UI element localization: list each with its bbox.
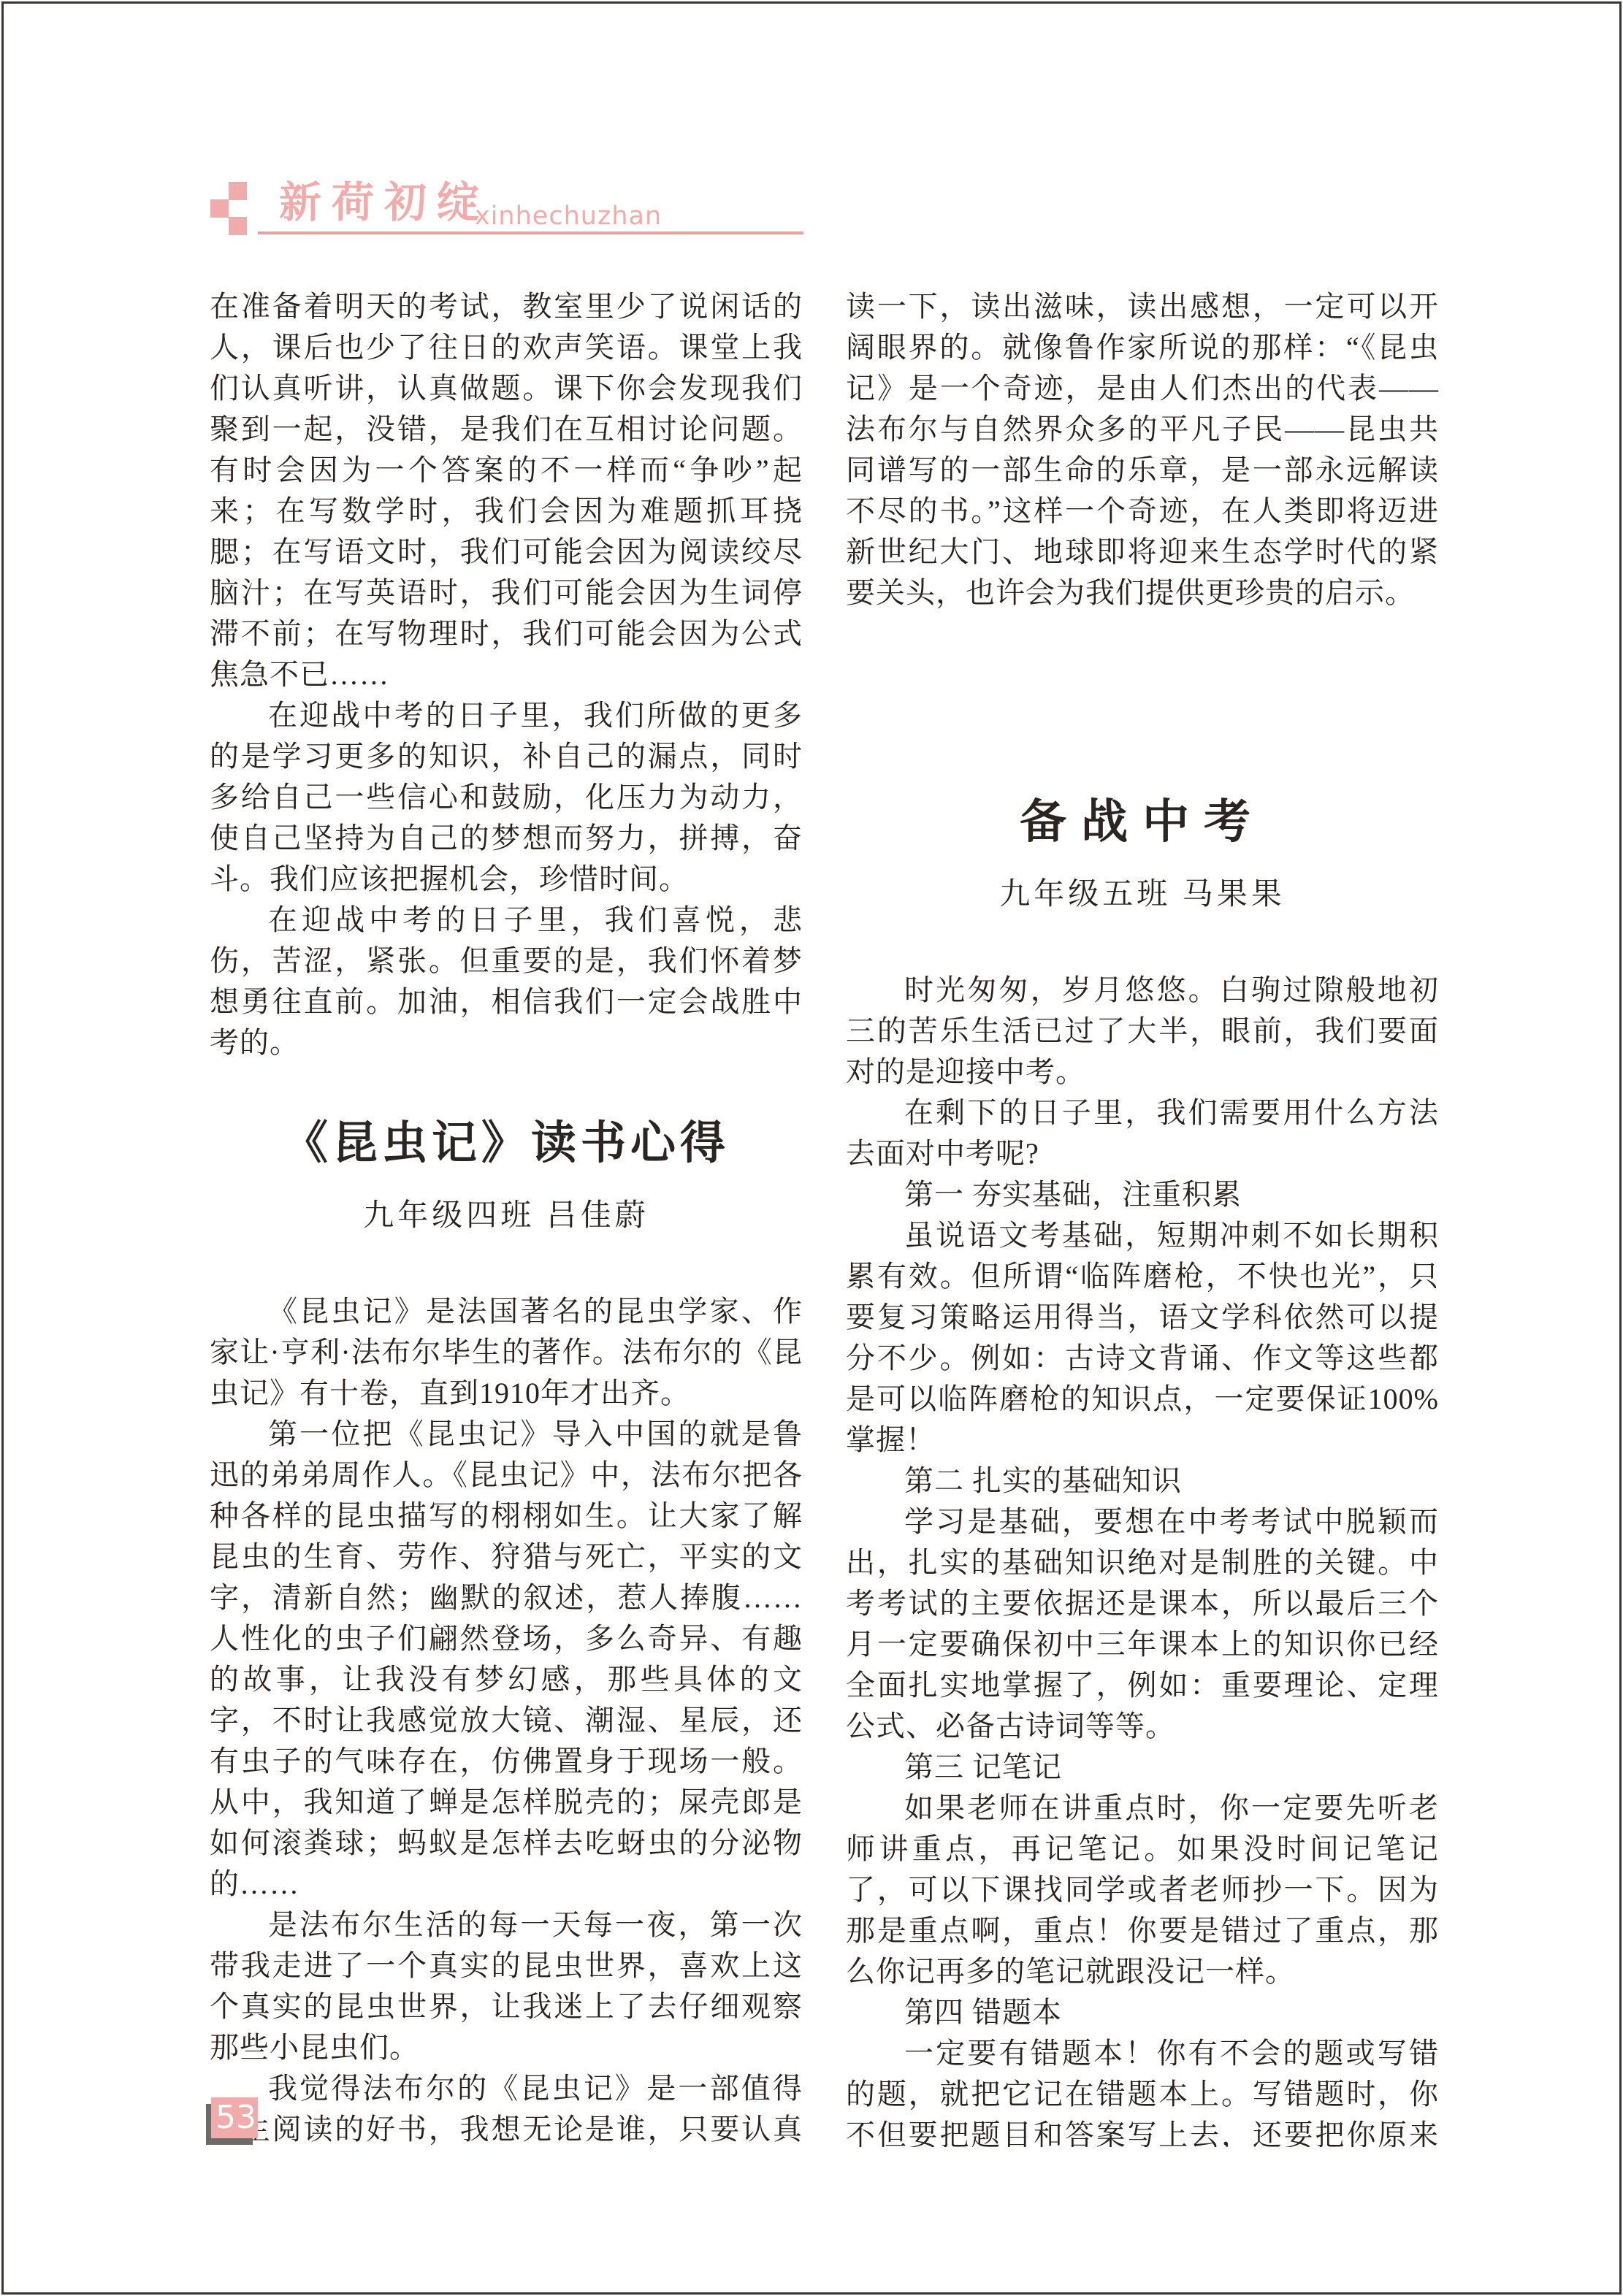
- paragraph: 如果老师在讲重点时，你一定要先听老师讲重点，再记笔记。如果没时间记笔记了，可以下…: [846, 1788, 1439, 1992]
- paragraph: 虽说语文考基础，短期冲刺不如长期积累有效。但所谓“临阵磨枪，不快也光”，只要复习…: [846, 1215, 1439, 1461]
- checker-squares-icon: [210, 181, 248, 236]
- right-column: 读一下，读出滋味，读出感想，一定可以开阔眼界的。就像鲁作家所说的那样：“《昆虫记…: [846, 286, 1439, 2147]
- left-intro-paragraphs: 在准备着明天的考试，教室里少了说闲话的人，课后也少了往日的欢声笑语。课堂上我们认…: [210, 286, 803, 1063]
- article-byline: 九年级四班 吕佳蔚: [210, 1198, 803, 1234]
- checker-square: [229, 217, 247, 235]
- checker-square: [210, 199, 229, 218]
- paragraph: 第一位把《昆虫记》导入中国的就是鲁迅的弟弟周作人。《昆虫记》中，法布尔把各种各样…: [210, 1414, 803, 1905]
- checker-square: [229, 182, 247, 200]
- header-underline: [258, 231, 803, 234]
- article-title: 《昆虫记》读书心得: [210, 1117, 803, 1170]
- right-continuation-paragraphs: 读一下，读出滋味，读出感想，一定可以开阔眼界的。就像鲁作家所说的那样：“《昆虫记…: [846, 286, 1439, 613]
- article-body: 时光匆匆，岁月悠悠。白驹过隙般地初三的苦乐生活已过了大半，眼前，我们要面对的是迎…: [846, 970, 1439, 2147]
- article-beizhan-zhongkao: 备战中考 九年级五班 马果果 时光匆匆，岁月悠悠。白驹过隙般地初三的苦乐生活已过…: [846, 796, 1439, 2147]
- magazine-logo-pinyin: xinhechuzhan: [475, 202, 662, 231]
- magazine-logo-title: 新荷初绽: [279, 180, 489, 225]
- paragraph: 在迎战中考的日子里，我们喜悦，悲伤，苦涩，紧张。但重要的是，我们怀着梦想勇往直前…: [210, 900, 803, 1063]
- paragraph: 在剩下的日子里，我们需要用什么方法去面对中考呢?: [846, 1092, 1439, 1174]
- paragraph: 时光匆匆，岁月悠悠。白驹过隙般地初三的苦乐生活已过了大半，眼前，我们要面对的是迎…: [846, 970, 1439, 1092]
- paragraph: 在迎战中考的日子里，我们所做的更多的是学习更多的知识，补自己的漏点，同时多给自己…: [210, 695, 803, 900]
- article-body: 《昆虫记》是法国著名的昆虫学家、作家让·亨利·法布尔毕生的著作。法布尔的《昆虫记…: [210, 1291, 803, 2147]
- paragraph: 第四 错题本: [846, 1992, 1439, 2033]
- paragraph: 《昆虫记》是法国著名的昆虫学家、作家让·亨利·法布尔毕生的著作。法布尔的《昆虫记…: [210, 1291, 803, 1414]
- paragraph: 第二 扎实的基础知识: [846, 1461, 1439, 1501]
- left-column: 在准备着明天的考试，教室里少了说闲话的人，课后也少了往日的欢声笑语。课堂上我们认…: [210, 286, 803, 2147]
- paragraph: 学习是基础，要想在中考考试中脱颖而出，扎实的基础知识绝对是制胜的关键。中考考试的…: [846, 1501, 1439, 1747]
- paragraph: 是法布尔生活的每一天每一夜，第一次带我走进了一个真实的昆虫世界，喜欢上这个真实的…: [210, 1905, 803, 2068]
- article-title: 备战中考: [846, 796, 1439, 849]
- paragraph: 我觉得法布尔的《昆虫记》是一部值得一生阅读的好书，我想无论是谁，只要认真地阅: [210, 2068, 803, 2147]
- article-kunchongji: 《昆虫记》读书心得 九年级四班 吕佳蔚 《昆虫记》是法国著名的昆虫学家、作家让·…: [210, 1117, 803, 2147]
- page-number-badge: 53: [211, 2097, 258, 2138]
- paragraph: 在准备着明天的考试，教室里少了说闲话的人，课后也少了往日的欢声笑语。课堂上我们认…: [210, 286, 803, 695]
- paragraph: 第一 夯实基础，注重积累: [846, 1174, 1439, 1215]
- paragraph: 读一下，读出滋味，读出感想，一定可以开阔眼界的。就像鲁作家所说的那样：“《昆虫记…: [846, 286, 1439, 613]
- paragraph: 一定要有错题本！你有不会的题或写错的题，就把它记在错题本上。写错题时，你不但要把…: [846, 2033, 1439, 2147]
- article-byline: 九年级五班 马果果: [846, 876, 1439, 913]
- magazine-page: 新荷初绽 xinhechuzhan 在准备着明天的考试，教室里少了说闲话的人，课…: [0, 0, 1623, 2296]
- paragraph: 第三 记笔记: [846, 1747, 1439, 1788]
